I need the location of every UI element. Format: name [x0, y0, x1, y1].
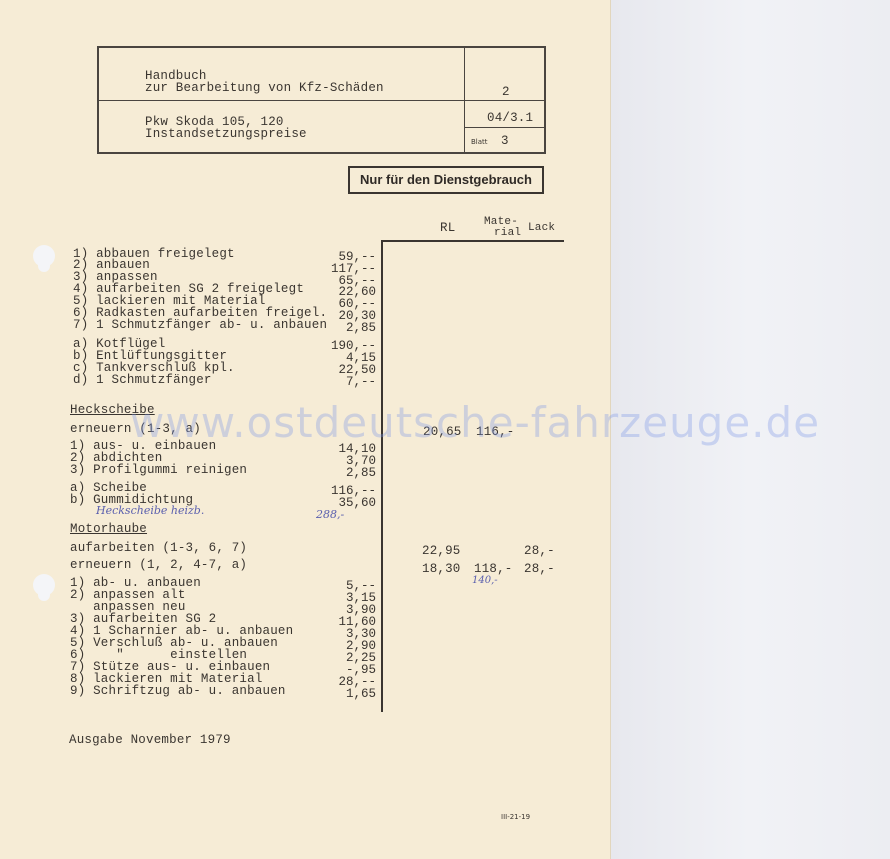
edition-date: Ausgabe November 1979 — [69, 734, 231, 746]
column-header-material-2: rial — [494, 227, 521, 239]
form-code: III-21-19 — [501, 813, 530, 821]
price: 2,85 — [296, 467, 376, 479]
column-header-lack: Lack — [528, 222, 555, 234]
section-heading-motorhaube: Motorhaube — [70, 523, 147, 535]
list-item: 9) Schriftzug ab- u. anbauen — [70, 685, 286, 697]
operation-material: 116,- — [476, 426, 515, 438]
operation-material: 118,- — [474, 563, 513, 575]
operation-label: aufarbeiten (1-3, 6, 7) — [70, 542, 247, 554]
restricted-use-stamp: Nur für den Dienstgebrauch — [348, 166, 544, 194]
price: 1,65 — [296, 688, 376, 700]
section-number: 04/3.1 — [487, 112, 533, 124]
part-item: d) 1 Schmutzfänger — [73, 374, 212, 386]
operation-rl: 18,30 — [422, 563, 461, 575]
section-heading-heckscheibe: Heckscheibe — [70, 404, 155, 416]
document-subject: Instandsetzungspreise — [145, 128, 307, 140]
handwritten-price: 288,- — [316, 508, 344, 521]
operation-rl: 22,95 — [422, 545, 461, 557]
price: 2,85 — [296, 322, 376, 334]
list-item: 7) 1 Schmutzfänger ab- u. anbauen — [73, 319, 327, 331]
price: 7,-- — [296, 376, 376, 388]
operation-label: erneuern (1-3, a) — [70, 423, 201, 435]
punch-hole — [33, 574, 55, 596]
operation-lack: 28,- — [524, 563, 555, 575]
document-page: Handbuch zur Bearbeitung von Kfz-Schäden… — [0, 0, 610, 859]
handwritten-note: Heckscheibe heizb. — [96, 504, 204, 517]
handwritten-material-price: 140,- — [472, 575, 498, 586]
volume-number: 2 — [502, 86, 510, 98]
sheet-label: Blatt — [471, 138, 488, 146]
scanner-background — [610, 0, 890, 859]
operation-lack: 28,- — [524, 545, 555, 557]
handbook-subtitle: zur Bearbeitung von Kfz-Schäden — [145, 82, 384, 94]
operation-rl: 20,65 — [423, 426, 462, 438]
punch-hole — [33, 245, 55, 267]
table-top-rule — [381, 240, 564, 242]
header-box: Handbuch zur Bearbeitung von Kfz-Schäden… — [97, 46, 546, 154]
column-header-rl: RL — [440, 222, 455, 234]
table-divider — [381, 240, 383, 712]
sheet-number: 3 — [501, 135, 509, 147]
list-item: 3) Profilgummi reinigen — [70, 464, 247, 476]
operation-label: erneuern (1, 2, 4-7, a) — [70, 559, 247, 571]
